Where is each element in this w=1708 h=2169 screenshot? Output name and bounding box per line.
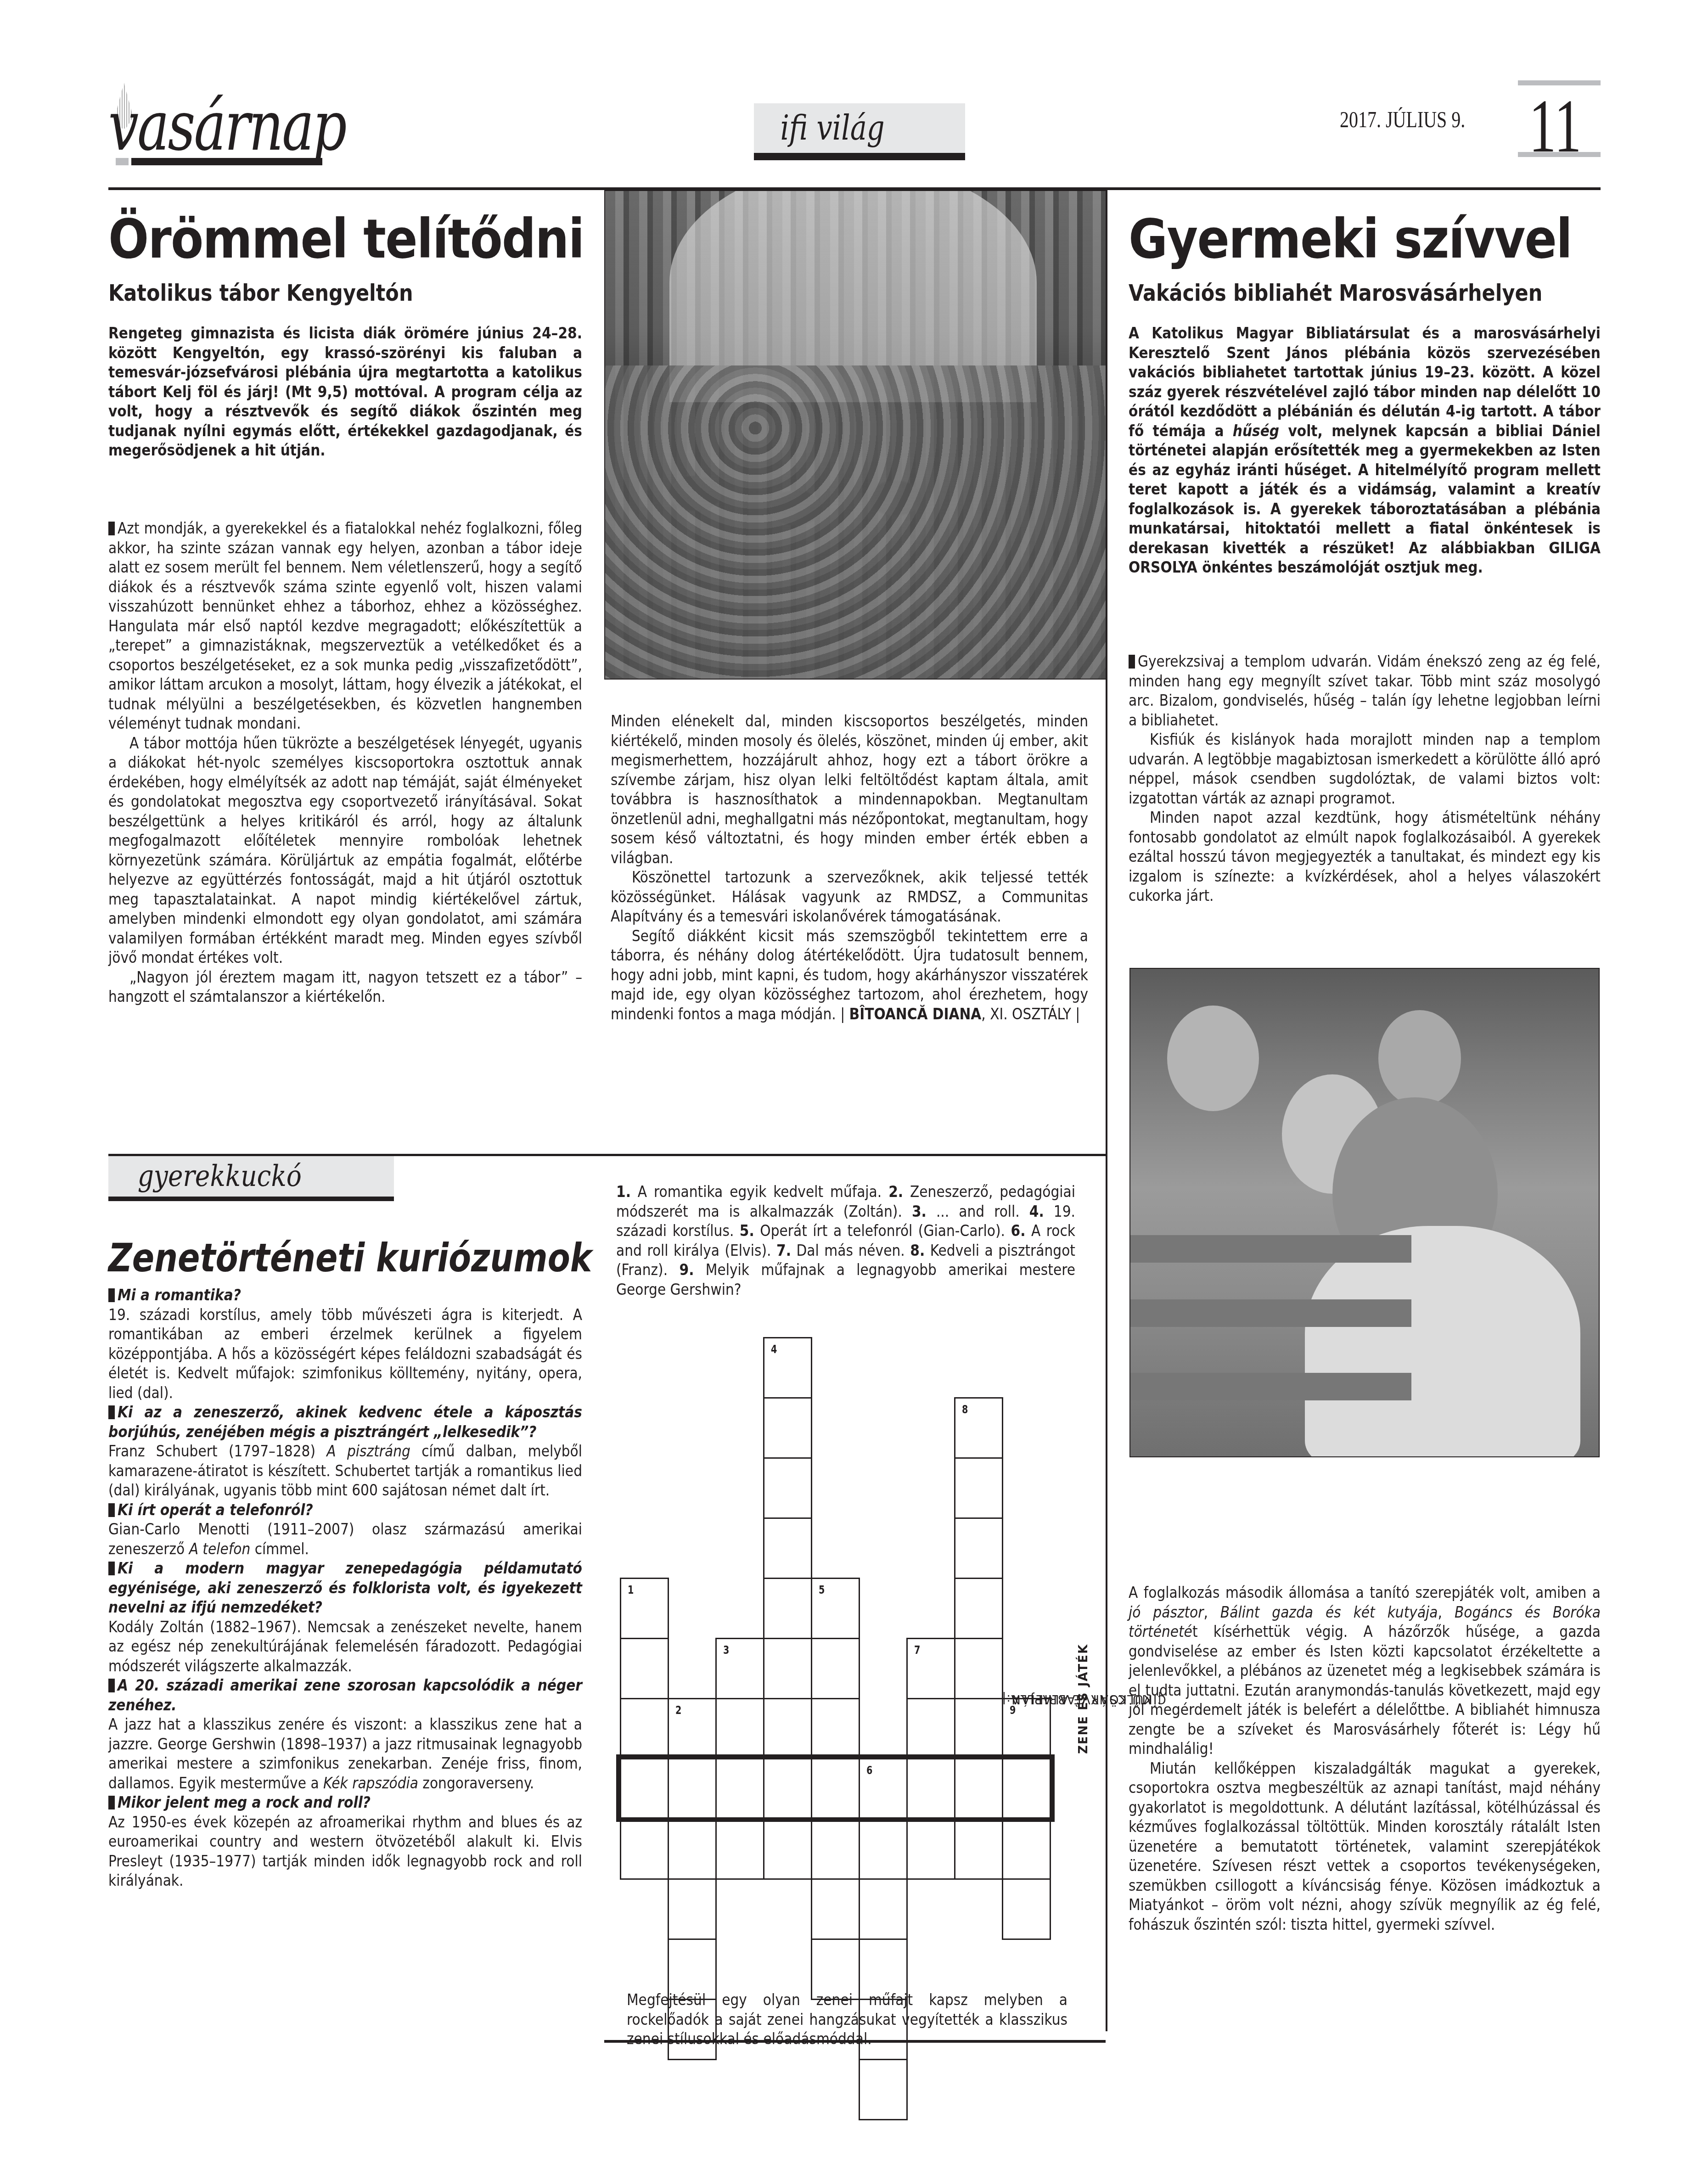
question: Mikor jelent meg a rock and roll? — [108, 1793, 582, 1813]
paragraph: A foglalkozás második állomása a tanító … — [1129, 1583, 1601, 1759]
page-number: 11 — [1529, 94, 1581, 158]
kids-title: Zenetörténeti kuriózumok — [108, 1235, 592, 1281]
clue-number: 7 — [914, 1644, 920, 1657]
issue-date: 2017. JÚLIUS 9. — [1340, 106, 1465, 133]
section-tab: ifi világ — [754, 103, 965, 153]
crossword-cell[interactable] — [811, 1758, 860, 1820]
crossword-cell[interactable] — [811, 1878, 860, 1940]
crossword-cell[interactable] — [811, 1818, 860, 1880]
article2-lead: A Katolikus Magyar Bibliatársulat és a m… — [1129, 324, 1601, 578]
crossword-cell[interactable] — [859, 1878, 908, 1940]
photo-bench — [1130, 1373, 1411, 1400]
article2-body-cont: A foglalkozás második állomása a tanító … — [1129, 1583, 1601, 1934]
crossword-cell[interactable]: 5 — [811, 1578, 860, 1639]
crossword-cell[interactable] — [620, 1638, 669, 1699]
crossword-cell[interactable] — [763, 1457, 812, 1519]
question-marker — [108, 1503, 115, 1517]
clue-number: 9 — [1010, 1704, 1016, 1717]
masthead-underline — [131, 158, 322, 165]
photo-child — [1167, 1006, 1259, 1111]
article2-title: Gyermeki szívvel — [1129, 209, 1572, 269]
photo-children-praying — [1129, 968, 1600, 1457]
crossword-cell[interactable] — [954, 1818, 1003, 1880]
kids-section-label: gyerekkuckó — [108, 1156, 354, 1197]
crossword-cell[interactable] — [811, 1698, 860, 1759]
crossword-cell[interactable] — [763, 1758, 812, 1820]
column-divider — [1106, 190, 1107, 2031]
paragraph: Kisfiúk és kislányok hada morajlott mind… — [1129, 730, 1601, 808]
crossword-cell[interactable] — [763, 1517, 812, 1579]
section-tab-underline — [754, 153, 965, 160]
paragraph: Segítő diákként kicsit más szemszögből t… — [611, 927, 1088, 1024]
kids-section-tab: gyerekkuckó — [108, 1156, 394, 1197]
crossword-credit: | KULCSÁR GABRIELLA: ZENE ÉS JÁTÉK CÍMŰ … — [1074, 1506, 1093, 1892]
article2-subtitle: Vakációs bibliahét Marosvásárhelyen — [1129, 279, 1542, 307]
crossword-cell[interactable]: 9 — [1002, 1698, 1051, 1759]
crossword-cell[interactable] — [811, 1638, 860, 1699]
crossword-cell[interactable] — [954, 1578, 1003, 1639]
article1-body-col1: Azt mondják, a gyerekekkel és a fiatalok… — [108, 519, 582, 1007]
photo-camp-church-guitars — [604, 190, 1107, 680]
crossword-cell[interactable]: 8 — [954, 1397, 1003, 1459]
crossword-cell[interactable] — [859, 2059, 908, 2120]
article1-title: Örömmel telítődni — [108, 209, 584, 269]
section-label: ifi világ — [754, 103, 927, 153]
article2-body: Gyerekzsivaj a templom udvarán. Vidám én… — [1129, 652, 1601, 906]
paragraph: Minden elénekelt dal, minden kiscsoporto… — [611, 712, 1088, 868]
answer: Gian-Carlo Menotti (1911–2007) olasz szá… — [108, 1520, 582, 1559]
question-marker — [108, 1796, 115, 1809]
crossword-cell[interactable] — [620, 1758, 669, 1820]
crossword-cell[interactable]: 3 — [715, 1638, 764, 1699]
crossword-cell[interactable]: 7 — [906, 1638, 955, 1699]
crossword-grid: 481537296 — [620, 1337, 1067, 1796]
crossword-cell[interactable]: 2 — [668, 1698, 717, 1759]
question-marker — [108, 1679, 115, 1692]
crossword-cell[interactable]: 1 — [620, 1578, 669, 1639]
masthead-logo: vasárnap — [108, 83, 384, 170]
clue-number: 4 — [771, 1343, 777, 1356]
photo-crowd — [605, 365, 1106, 679]
clue-number: 6 — [866, 1764, 872, 1777]
crossword-cell[interactable] — [954, 1638, 1003, 1699]
crossword-cell[interactable] — [715, 1698, 764, 1759]
crossword-cell[interactable]: 4 — [763, 1337, 812, 1399]
crossword-cell[interactable] — [954, 1698, 1003, 1759]
crossword-cell[interactable] — [906, 1698, 955, 1759]
photo-child — [1378, 1010, 1461, 1107]
crossword-cell[interactable] — [668, 1818, 717, 1880]
crossword-cell[interactable] — [954, 1758, 1003, 1820]
masthead-title: vasárnap — [108, 92, 346, 161]
paragraph: Minden napot azzal kezdtünk, hogy átismé… — [1129, 808, 1601, 906]
paragraph: A tábor mottója hűen tükrözte a beszélge… — [108, 734, 582, 968]
crossword-cell[interactable] — [763, 1638, 812, 1699]
crossword-cell[interactable] — [763, 1698, 812, 1759]
crossword-cell[interactable] — [859, 1818, 908, 1880]
paragraph: „Nagyon jól éreztem magam itt, nagyon te… — [108, 968, 582, 1007]
kids-qa: Mi a romantika? 19. századi korstílus, a… — [108, 1286, 582, 1891]
answer: Az 1950-es évek közepén az afroamerikai … — [108, 1813, 582, 1891]
page-number-rule-bottom — [1518, 152, 1601, 157]
crossword-cell[interactable] — [1002, 1818, 1051, 1880]
question: Mi a romantika? — [108, 1286, 582, 1305]
question: Ki az a zeneszerző, akinek kedvenc étele… — [108, 1403, 582, 1442]
question-marker — [108, 1562, 115, 1575]
crossword-cell[interactable]: 6 — [859, 1758, 908, 1820]
paragraph: Azt mondják, a gyerekekkel és a fiatalok… — [108, 519, 582, 734]
crossword-cell[interactable] — [954, 1517, 1003, 1579]
question: Ki a modern magyar zenepedagógia példamu… — [108, 1559, 582, 1618]
question-marker — [108, 1288, 115, 1302]
question: A 20. századi amerikai zene szorosan kap… — [108, 1676, 582, 1715]
clue-number: 5 — [819, 1584, 825, 1596]
crossword-cell[interactable] — [620, 1698, 669, 1759]
paragraph: Miután kellőképpen kiszaladgálták maguka… — [1129, 1759, 1601, 1935]
paragraph-marker — [1129, 655, 1135, 669]
byline-name: BÎTOANCĂ DIANA — [849, 1005, 982, 1023]
paragraph-marker — [108, 522, 115, 535]
kids-section-underline — [108, 1197, 394, 1201]
crossword-cell[interactable] — [763, 1397, 812, 1459]
question: Ki írt operát a telefonról? — [108, 1500, 582, 1520]
crossword-cell[interactable] — [1002, 1758, 1051, 1820]
article1-subtitle: Katolikus tábor Kengyeltón — [108, 279, 413, 307]
paragraph: Gyerekzsivaj a templom udvarán. Vidám én… — [1129, 652, 1601, 730]
crossword-cell[interactable] — [906, 1818, 955, 1880]
answer: A jazz hat a klasszikus zenére és viszon… — [108, 1715, 582, 1793]
clue-number: 8 — [962, 1403, 968, 1416]
crossword-clues: 1. A romantika egyik kedvelt műfaja. 2. … — [616, 1182, 1075, 1299]
crossword-cell[interactable] — [620, 1818, 669, 1880]
article1-lead: Rengeteg gimnazista és licista diák öröm… — [108, 324, 582, 461]
answer: Kodály Zoltán (1882–1967). Nemcsak a zen… — [108, 1618, 582, 1676]
crossword-cell[interactable] — [763, 1578, 812, 1639]
answer: 19. századi korstílus, amely több művész… — [108, 1305, 582, 1403]
masthead-accent — [116, 158, 129, 165]
clue-number: 3 — [723, 1644, 729, 1657]
crossword-cell[interactable] — [668, 1758, 717, 1820]
answer: Franz Schubert (1797–1828) A pisztráng c… — [108, 1442, 582, 1500]
paragraph: Köszönettel tartozunk a szervezőknek, ak… — [611, 868, 1088, 927]
crossword-cell[interactable] — [763, 1818, 812, 1880]
crossword-cell[interactable] — [668, 1878, 717, 1940]
clue-number: 2 — [675, 1704, 681, 1717]
byline-class: XI. OSZTÁLY — [990, 1005, 1071, 1023]
photo-bench — [1130, 1235, 1411, 1263]
question-marker — [108, 1405, 115, 1419]
crossword-cell[interactable] — [1002, 1878, 1051, 1940]
article1-body-col2: Minden elénekelt dal, minden kiscsoporto… — [611, 712, 1088, 1024]
crossword-cell[interactable] — [906, 1758, 955, 1820]
crossword-cell[interactable] — [715, 1758, 764, 1820]
crossword-cell[interactable] — [715, 1818, 764, 1880]
bottom-rule — [604, 2040, 1106, 2043]
crossword-cell[interactable] — [954, 1457, 1003, 1519]
clue-number: 1 — [628, 1584, 634, 1596]
photo-bench — [1130, 1299, 1411, 1327]
